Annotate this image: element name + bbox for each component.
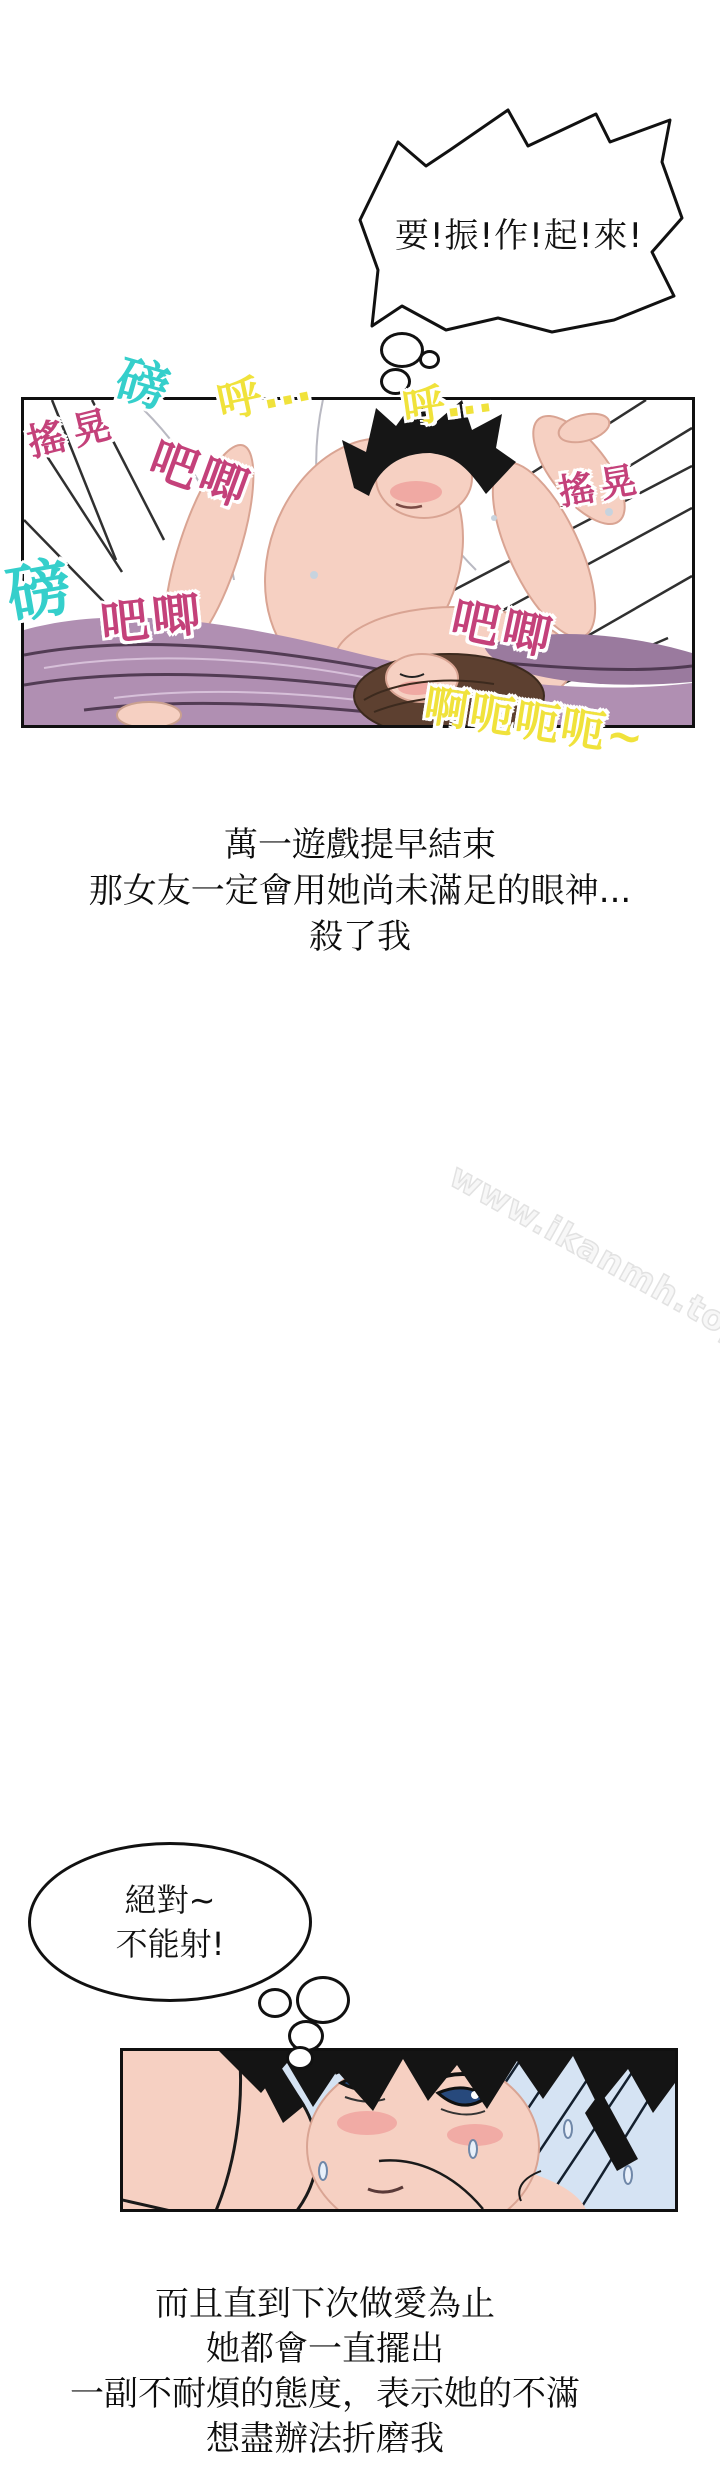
narration-line: 一副不耐煩的態度，表示她的不滿 xyxy=(0,2372,650,2417)
thought-trail-bubble xyxy=(258,1988,292,2018)
thought-trail-bubble xyxy=(286,2046,314,2070)
panel-2-artwork xyxy=(123,2051,675,2209)
comic-page: 要!振!作!起!來! xyxy=(0,0,720,2484)
thought-bubble-oval: 絕對~ 不能射! xyxy=(28,1842,312,2002)
panel-1 xyxy=(21,397,695,728)
narration-line: 她都會一直擺出 xyxy=(0,2327,650,2372)
narration-line: 殺了我 xyxy=(0,914,720,960)
narration-line: 那女友一定會用她尚未滿足的眼神... xyxy=(0,868,720,914)
watermark: www.ikanmh.top xyxy=(443,1156,720,1354)
narration-line: 而且直到下次做愛為止 xyxy=(0,2282,650,2327)
narration-line: 想盡辦法折磨我 xyxy=(0,2417,650,2462)
thought-bubble-bottom-line: 絕對~ xyxy=(125,1878,216,1922)
narration-mid: 萬一遊戲提早結束 那女友一定會用她尚未滿足的眼神... 殺了我 xyxy=(0,822,720,960)
thought-trail-bubble xyxy=(419,350,440,369)
narration-bottom: 而且直到下次做愛為止 她都會一直擺出 一副不耐煩的態度，表示她的不滿 想盡辦法折… xyxy=(0,2282,650,2462)
thought-trail-bubble xyxy=(380,332,424,368)
sfx-breath-right: 呼... xyxy=(398,364,495,436)
sfx-squelch-bottom: 吧唧 xyxy=(97,575,208,654)
thought-trail-bubble xyxy=(296,1976,350,2024)
thought-bubble-top-text: 要!振!作!起!來! xyxy=(348,208,690,257)
panel-2 xyxy=(120,2048,678,2212)
narration-line: 萬一遊戲提早結束 xyxy=(0,822,720,868)
thought-bubble-bottom-line: 不能射! xyxy=(116,1922,225,1966)
panel-1-artwork xyxy=(24,400,692,725)
